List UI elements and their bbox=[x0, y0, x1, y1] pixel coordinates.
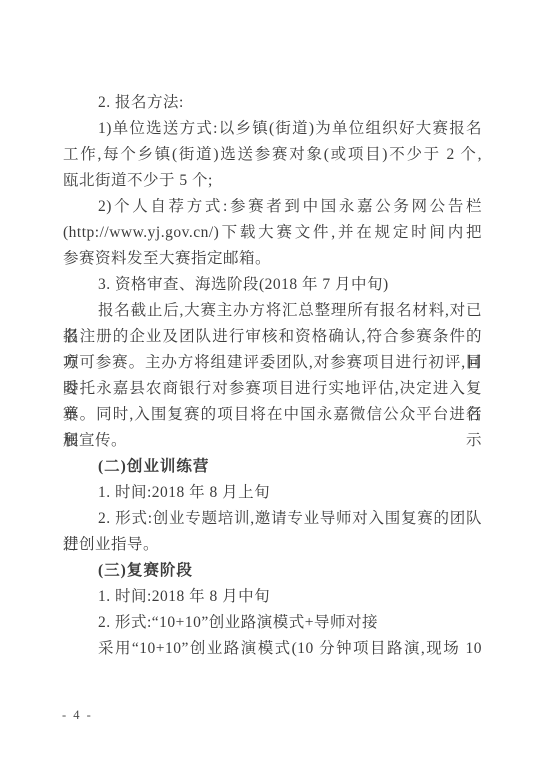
text-line: 2. 报名方法: bbox=[63, 90, 482, 116]
text-line: 2. 形式:创业专题培训,邀请专业导师对入围复赛的团队进 bbox=[63, 506, 482, 532]
text-line: 名注册的企业及团队进行审核和资格确认,符合参赛条件的项目 bbox=[63, 324, 482, 350]
text-line: 1. 时间:2018 年 8 月上旬 bbox=[63, 480, 482, 506]
document-body: 2. 报名方法: 1)单位选送方式:以乡镇(街道)为单位组织好大赛报名 工作,每… bbox=[63, 90, 482, 662]
text-line: 报名截止后,大赛主办方将汇总整理所有报名材料,对已报 bbox=[63, 298, 482, 324]
page-number: - 4 - bbox=[62, 708, 93, 723]
text-line: 方可参赛。主办方将组建评委团队,对参赛项目进行初评,同时 bbox=[63, 350, 482, 376]
text-line: 行创业指导。 bbox=[63, 532, 482, 558]
text-line: 1)单位选送方式:以乡镇(街道)为单位组织好大赛报名 bbox=[63, 116, 482, 142]
text-line: 3. 资格审查、海选阶段(2018 年 7 月中旬) bbox=[63, 272, 482, 298]
text-line: 2)个人自荐方式:参赛者到中国永嘉公务网公告栏 bbox=[63, 194, 482, 220]
text-line: 参赛资料发至大赛指定邮箱。 bbox=[63, 246, 482, 272]
text-line: 瓯北街道不少于 5 个; bbox=[63, 168, 482, 194]
document-page: 2. 报名方法: 1)单位选送方式:以乡镇(街道)为单位组织好大赛报名 工作,每… bbox=[0, 0, 543, 768]
text-line: 2. 形式:“10+10”创业路演模式+导师对接 bbox=[63, 610, 482, 636]
section-heading: (二)创业训练营 bbox=[63, 454, 482, 480]
text-line: (http://www.yj.gov.cn/)下载大赛文件,并在规定时间内把 bbox=[63, 220, 482, 246]
text-line: 工作,每个乡镇(街道)选送参赛对象(或项目)不少于 2 个, bbox=[63, 142, 482, 168]
section-heading: (三)复赛阶段 bbox=[63, 558, 482, 584]
text-line: 采用“10+10”创业路演模式(10 分钟项目路演,现场 10 bbox=[63, 636, 482, 662]
text-line: 单。同时,入围复赛的项目将在中国永嘉微信公众平台进行展示 bbox=[63, 402, 482, 428]
text-line: 1. 时间:2018 年 8 月中旬 bbox=[63, 584, 482, 610]
text-line: 委托永嘉县农商银行对参赛项目进行实地评估,决定进入复赛名 bbox=[63, 376, 482, 402]
